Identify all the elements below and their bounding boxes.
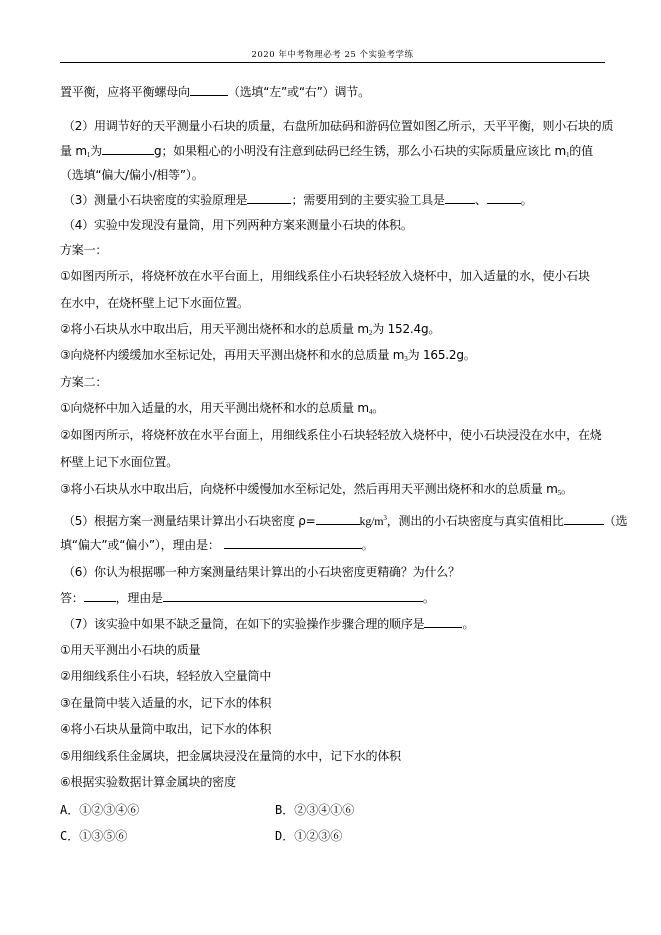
step-6: ⑥根据实验数据计算金属块的密度 [60,774,236,790]
question-4: （4）实验中发现没有量筒，用下列两种方案来测量小石块的体积。 [63,217,413,233]
text: 。 [462,617,474,631]
question-3: （3）测量小石块密度的实验原理是；需要用到的主要实验工具是、。 [63,192,532,208]
text: ，测出的小石块密度与真实值相比 [387,514,564,528]
step-2: ②用细线系住小石块，轻轻放入空量筒中 [60,668,271,684]
question-2-line-1: （2）用调节好的天平测量小石块的质量，右盘所加砝码和游码位置如图乙所示，天平平衡… [63,118,613,134]
text: 答： [60,591,84,605]
document-page: 2020 年中考物理必考 25 个实验考学练 置平衡，应将平衡螺母向（选填“左”… [0,0,661,935]
text: 。 [372,401,384,415]
text: ，理由是 [116,591,163,605]
text: 。 [561,482,573,496]
plan-2-step-1: ①向烧杯中加入适量的水，用天平测出烧杯和水的总质量 m4。 [60,400,384,420]
text: ③向烧杯内缓缓加水至标记处，再用天平测出烧杯和水的总质量 m [60,348,404,362]
text: ②将小石块从水中取出后，用天平测出烧杯和水的总质量 m [60,322,369,336]
option-c[interactable]: C．①③⑤⑥ [60,828,127,844]
plan-1-step-1-line-1: ①如图丙所示，将烧杯放在水平台面上，用细线系住小石块轻轻放入烧杯中，加入适量的水… [60,268,590,284]
plan-1-step-2: ②将小石块从水中取出后，用天平测出烧杯和水的总质量 m2为 152.4g。 [60,321,440,341]
unit-text: kg/m [360,514,384,528]
question-5-line-1: （5）根据方案一测量结果计算出小石块密度 ρ=kg/m3，测出的小石块密度与真实… [63,510,627,529]
answer-blank-compare[interactable] [564,513,604,525]
plan-1-step-1-line-2: 在水中，在烧杯壁上记下水面位置。 [60,295,249,311]
option-text: ①②③④⑥ [79,803,139,817]
text: （7）该实验中如果不缺乏量筒，在如下的实验操作步骤合理的顺序是 [63,617,424,631]
question-5-line-2: 填“偏大”或“偏小”），理由是：。 [60,537,373,553]
plan-1-step-3: ③向烧杯内缓缓加水至标记处，再用天平测出烧杯和水的总质量 m3为 165.2g。 [60,347,476,367]
answer-blank-order[interactable] [424,616,462,628]
answer-blank-tool-1[interactable] [445,192,475,204]
text: （3）测量小石块密度的实验原理是 [63,193,247,207]
step-1: ①用天平测出小石块的质量 [60,642,200,658]
question-2-line-2: 量 m1为g；如果粗心的小明没有注意到砝码已经生锈，那么小石块的实际质量应该比 … [60,143,593,163]
answer-blank-why[interactable] [163,590,423,602]
answer-blank[interactable] [190,84,228,96]
option-letter: A． [60,803,79,817]
plan-2-step-2-line-2: 杯壁上记下水面位置。 [60,454,178,470]
plan-2-step-2-line-1: ②如图丙所示，将烧杯放在水平台面上，用细线系住小石块轻轻放入烧杯中，使小石块浸没… [60,427,602,443]
step-3: ③在量筒中装入适量的水，记下水的体积 [60,695,271,711]
answer-blank-plan[interactable] [84,590,116,602]
question-2-line-3: （选填“偏大/偏小/相等”）。 [60,167,204,183]
text: 的值 [569,144,593,158]
page-header-title: 2020 年中考物理必考 25 个实验考学练 [60,48,605,60]
answer-blank-tool-2[interactable] [487,192,521,204]
text: 为 152.4g。 [372,322,440,336]
option-text: ①②③⑥ [294,829,342,843]
option-a[interactable]: A．①②③④⑥ [60,802,139,818]
answer-blank-reason[interactable] [224,537,362,549]
text: 量 m [60,144,87,158]
text: ；需要用到的主要实验工具是 [291,193,444,207]
text: 。 [362,538,374,552]
text: 填“偏大”或“偏小”），理由是： [60,538,220,552]
answer-blank-m1[interactable] [102,143,154,155]
text: ①向烧杯中加入适量的水，用天平测出烧杯和水的总质量 m [60,401,369,415]
question-6: （6）你认为根据哪一种方案测量结果计算出的小石块密度更精确？为什么？ [63,564,460,580]
plan-2-step-3: ③将小石块从水中取出后，向烧杯中缓慢加水至标记处，然后再用天平测出烧杯和水的总质… [60,481,573,501]
header-divider [60,62,605,63]
text: g；如果粗心的小明没有注意到砝码已经生锈，那么小石块的实际质量应该比 m [154,144,566,158]
text: 、 [475,193,487,207]
paragraph-balance-adjust: 置平衡，应将平衡螺母向（选填“左”或“右”）调节。 [60,84,370,100]
step-5: ⑤用细线系住金属块，把金属块浸没在量筒的水中，记下水的体积 [60,748,401,764]
option-text: ②③④①⑥ [294,803,354,817]
text: 为 165.2g。 [408,348,476,362]
answer-line: 答：，理由是。 [60,590,435,606]
plan-2-title: 方案二： [60,374,107,390]
option-letter: C． [60,829,79,843]
text: 。 [521,193,533,207]
answer-blank-density[interactable] [316,513,360,525]
option-letter: D． [275,829,294,843]
option-letter: B． [275,803,294,817]
text: （5）根据方案一测量结果计算出小石块密度 ρ= [63,514,316,528]
plan-1-title: 方案一： [60,242,107,258]
option-text: ①③⑤⑥ [79,829,127,843]
answer-blank-principle[interactable] [247,192,291,204]
text: ③将小石块从水中取出后，向烧杯中缓慢加水至标记处，然后再用天平测出烧杯和水的总质… [60,482,558,496]
text: （选填“左”或“右”）调节。 [228,85,370,99]
text: 置平衡，应将平衡螺母向 [60,85,190,99]
text: （选 [604,514,628,528]
option-d[interactable]: D．①②③⑥ [275,828,342,844]
question-7: （7）该实验中如果不缺乏量筒，在如下的实验操作步骤合理的顺序是。 [63,616,474,632]
option-b[interactable]: B．②③④①⑥ [275,802,354,818]
step-4: ④将小石块从量筒中取出，记下水的体积 [60,721,271,737]
text: 。 [423,591,435,605]
text: 为 [90,144,102,158]
